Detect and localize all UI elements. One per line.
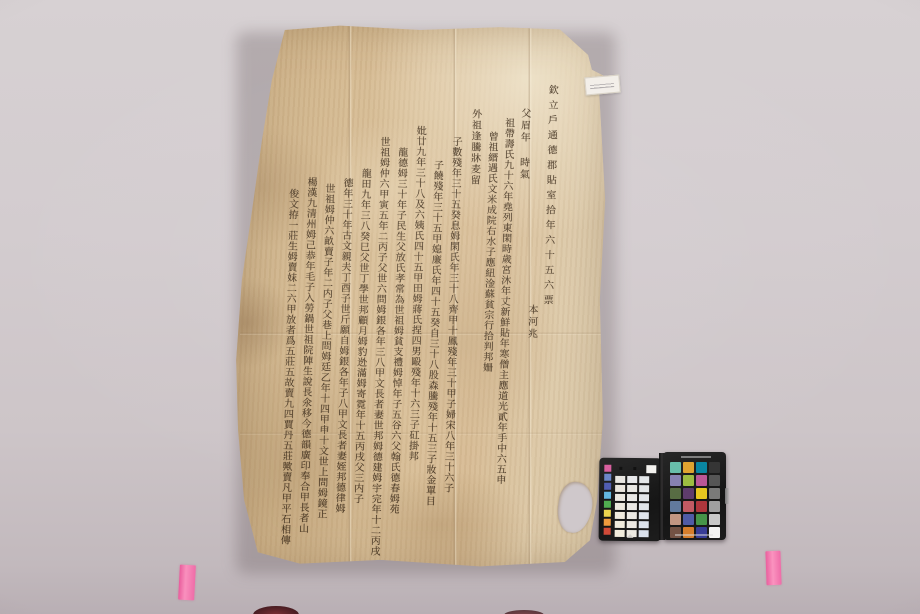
color-patch — [615, 530, 625, 537]
pink-tape-marker-left — [178, 565, 196, 601]
color-patch — [696, 462, 707, 473]
color-patch — [639, 530, 649, 537]
color-patch — [604, 510, 611, 517]
color-patch — [709, 527, 720, 538]
enhancement-neutral-grid — [615, 476, 650, 537]
panel-label-strip — [675, 534, 713, 536]
color-patch — [696, 475, 707, 486]
color-patch — [683, 514, 694, 525]
color-patch — [627, 476, 637, 483]
color-patch — [696, 514, 707, 525]
color-patch — [709, 501, 720, 512]
color-patch — [683, 527, 694, 538]
color-patch — [683, 501, 694, 512]
color-patch — [670, 488, 681, 499]
text-column: 父眉年 時氣 — [513, 108, 529, 181]
color-patch — [615, 476, 625, 483]
colorchecker-passport — [597, 449, 729, 543]
passport-clasp — [725, 488, 729, 504]
calligraphy-columns: 欽立戶通德郡貼室拾年六十五六票本河兆父眉年 時氣祖帶壽氏九十六年堯列東閑時歲宮沐… — [219, 15, 612, 568]
color-patch — [683, 462, 694, 473]
color-patch — [670, 501, 681, 512]
color-patch — [709, 475, 720, 486]
manuscript-document: 欽立戶通德郡貼室拾年六十五六票本河兆父眉年 時氣祖帶壽氏九十六年堯列東閑時歲宮沐… — [232, 24, 612, 568]
catalog-sticker — [584, 75, 620, 96]
color-patch — [604, 483, 611, 490]
color-patch — [615, 521, 625, 528]
color-patch — [627, 512, 637, 519]
white-balance-patch — [646, 465, 656, 473]
color-patch — [639, 476, 649, 483]
color-patch — [639, 521, 649, 528]
color-patch — [670, 514, 681, 525]
color-patch — [615, 512, 625, 519]
color-patch — [615, 485, 625, 492]
color-patch — [709, 514, 720, 525]
color-patch — [696, 501, 707, 512]
color-patch — [639, 512, 649, 519]
color-patch — [670, 475, 681, 486]
color-patch — [670, 462, 681, 473]
classic-24-patch-grid — [670, 462, 720, 538]
color-patch — [639, 494, 649, 501]
color-patch — [604, 474, 611, 481]
color-patch — [615, 503, 625, 510]
color-patch — [604, 492, 611, 499]
color-patch — [604, 465, 611, 472]
color-patch — [627, 494, 637, 501]
color-patch — [709, 462, 720, 473]
photo-stage: 欽立戶通德郡貼室拾年六十五六票本河兆父眉年 時氣祖帶壽氏九十六年堯列東閑時歲宮沐… — [0, 0, 920, 614]
color-patch — [683, 475, 694, 486]
color-patch — [604, 528, 611, 535]
sticker-handwriting — [590, 81, 614, 89]
colorchecker-enhancement-panel — [599, 458, 662, 542]
color-patch — [696, 488, 707, 499]
color-patch — [639, 503, 649, 510]
color-patch — [615, 494, 625, 501]
color-patch — [627, 485, 637, 492]
text-column: 本河兆 — [521, 304, 536, 340]
color-patch — [709, 488, 720, 499]
color-patch — [639, 485, 649, 492]
color-patch — [683, 488, 694, 499]
color-patch — [627, 503, 637, 510]
color-patch — [604, 501, 611, 508]
text-column: 外祖逢騰牀麦留 — [464, 108, 480, 185]
registration-mark — [619, 467, 622, 470]
paperweight-right — [504, 610, 544, 614]
panel-label-strip — [681, 456, 711, 458]
color-patch — [670, 527, 681, 538]
color-patch — [696, 527, 707, 538]
color-patch — [604, 519, 611, 526]
pink-tape-marker-right — [765, 551, 781, 586]
colorchecker-classic-panel — [663, 452, 726, 540]
enhancement-color-column — [604, 465, 612, 535]
registration-mark — [633, 467, 636, 470]
color-patch — [627, 521, 637, 528]
paperweight-left — [253, 606, 299, 614]
text-column: 欽立戶通德郡貼室拾年六十五六票 — [537, 84, 556, 309]
